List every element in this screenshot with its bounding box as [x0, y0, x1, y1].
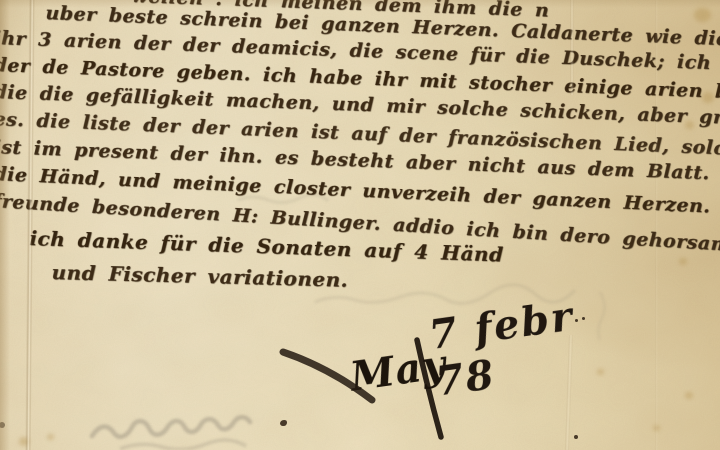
foxing-stain — [694, 8, 711, 22]
manuscript-line: ihr 3 arien der der deamicis, die scene … — [0, 27, 720, 79]
manuscript-line: es. die liste der der arien ist auf der … — [0, 108, 720, 163]
foxing-stain — [47, 434, 54, 440]
manuscript-line: freunde besonderen H: Bullinger. addio i… — [0, 190, 720, 261]
manuscript-line: uber beste schrein bei ganzen Herzen. Ca… — [45, 2, 720, 52]
manuscript-line: die die gefälligkeit machen, und mir sol… — [0, 81, 720, 133]
annotation-date: 7 febr 78 — [426, 283, 647, 405]
manuscript-line: ist im present der ihn. es besteht aber … — [0, 136, 720, 187]
ink-speck — [0, 422, 5, 428]
fold-crease-left — [25, 0, 35, 450]
manuscript-line: der de Pastore geben. ich habe ihr mit s… — [0, 54, 720, 108]
letter-scan: weilen . ich meinen dem ihm die n uber b… — [0, 0, 720, 450]
ink-speck — [280, 420, 287, 426]
foxing-stain — [685, 121, 694, 129]
fold-crease-right — [655, 0, 658, 450]
page-edge-shadow-left — [0, 0, 10, 450]
date-annotation: May 7 febr 78 — [327, 281, 652, 450]
foxing-stain — [685, 392, 693, 399]
manuscript-line: ich danke für die Sonaten auf 4 Händ — [29, 226, 504, 267]
ink-speck — [574, 435, 578, 439]
fold-crease-top-center — [570, 0, 574, 95]
manuscript-line: weilen . ich meinen dem ihm die n — [131, 0, 549, 22]
foxing-stain — [19, 437, 29, 446]
manuscript-line: und Fischer variationen. — [51, 260, 348, 292]
manuscript-line: die Händ, und meinige closter unverzeih … — [0, 163, 720, 222]
foxing-stain — [653, 425, 660, 431]
foxing-stain — [679, 258, 687, 265]
foxing-stain — [702, 92, 714, 103]
page-edge-shadow-top — [0, 0, 720, 8]
